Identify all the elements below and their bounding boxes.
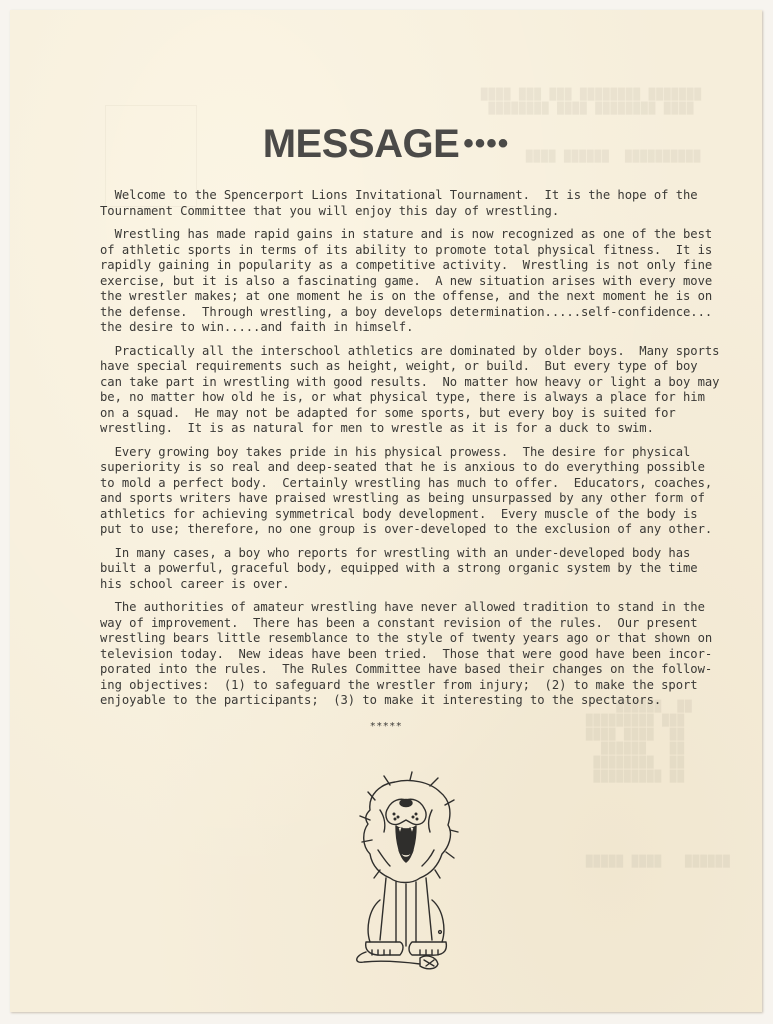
paragraph: Practically all the interschool athletic…	[100, 344, 750, 437]
text-line: his school career is over.	[100, 577, 750, 593]
text-line: enjoyable to the participants; (3) to ma…	[100, 693, 750, 709]
text-line: be, no matter how old he is, or what phy…	[100, 390, 750, 406]
show-through-text: ██████ ████ █████	[585, 855, 730, 869]
text-line: wrestling. It is as natural for men to w…	[100, 421, 750, 437]
show-through-text: ███████ ████████ ███ ███ ████ ████ █████…	[480, 88, 701, 116]
paragraph: Every growing boy takes pride in his phy…	[100, 445, 750, 538]
text-line: put to use; therefore, no one group is o…	[100, 522, 750, 538]
text-line: can take part in wrestling with good res…	[100, 375, 750, 391]
text-line: Every growing boy takes pride in his phy…	[100, 445, 750, 461]
text-line: Tournament Committee that you will enjoy…	[100, 204, 750, 220]
text-line: exercise, but it is also a fascinating g…	[100, 274, 750, 290]
paragraph: Welcome to the Spencerport Lions Invitat…	[100, 188, 750, 219]
text-line: In many cases, a boy who reports for wre…	[100, 546, 750, 562]
text-line: Welcome to the Spencerport Lions Invitat…	[100, 188, 750, 204]
text-line: and sports writers have praised wrestlin…	[100, 491, 750, 507]
text-line: the desire to win.....and faith in himse…	[100, 320, 750, 336]
text-line: way of improvement. There has been a con…	[100, 616, 750, 632]
text-line: rapidly gaining in popularity as a compe…	[100, 258, 750, 274]
text-line: Wrestling has made rapid gains in statur…	[100, 227, 750, 243]
text-line: athletics for achieving symmetrical body…	[100, 507, 750, 523]
text-line: have special requirements such as height…	[100, 359, 750, 375]
text-line: on a squad. He may not be adapted for so…	[100, 406, 750, 422]
text-line: the wrestler makes; at one moment he is …	[100, 289, 750, 305]
document-page: ███████ ████████ ███ ███ ████ ████ █████…	[10, 10, 762, 1012]
section-separator: *****	[10, 721, 762, 732]
text-line: television today. New ideas have been tr…	[100, 647, 750, 663]
text-line: of athletic sports in terms of its abili…	[100, 243, 750, 259]
text-line: The authorities of amateur wrestling hav…	[100, 600, 750, 616]
paragraph: The authorities of amateur wrestling hav…	[100, 600, 750, 709]
message-body: Welcome to the Spencerport Lions Invitat…	[100, 188, 750, 717]
text-line: to mold a perfect body. Certainly wrestl…	[100, 476, 750, 492]
text-line: the defense. Through wrestling, a boy de…	[100, 305, 750, 321]
text-line: superiority is so real and deep-seated t…	[100, 460, 750, 476]
page-title: MESSAGE••••	[10, 122, 762, 167]
lion-mascot-icon	[350, 770, 460, 970]
paragraph: Wrestling has made rapid gains in statur…	[100, 227, 750, 336]
text-line: built a powerful, graceful body, equippe…	[100, 561, 750, 577]
text-line: porated into the rules. The Rules Commit…	[100, 662, 750, 678]
paragraph: In many cases, a boy who reports for wre…	[100, 546, 750, 593]
text-line: Practically all the interschool athletic…	[100, 344, 750, 360]
text-line: ing objectives: (1) to safeguard the wre…	[100, 678, 750, 694]
text-line: wrestling bears little resemblance to th…	[100, 631, 750, 647]
title-text: MESSAGE	[263, 122, 460, 166]
title-ornament: ••••	[463, 127, 509, 160]
